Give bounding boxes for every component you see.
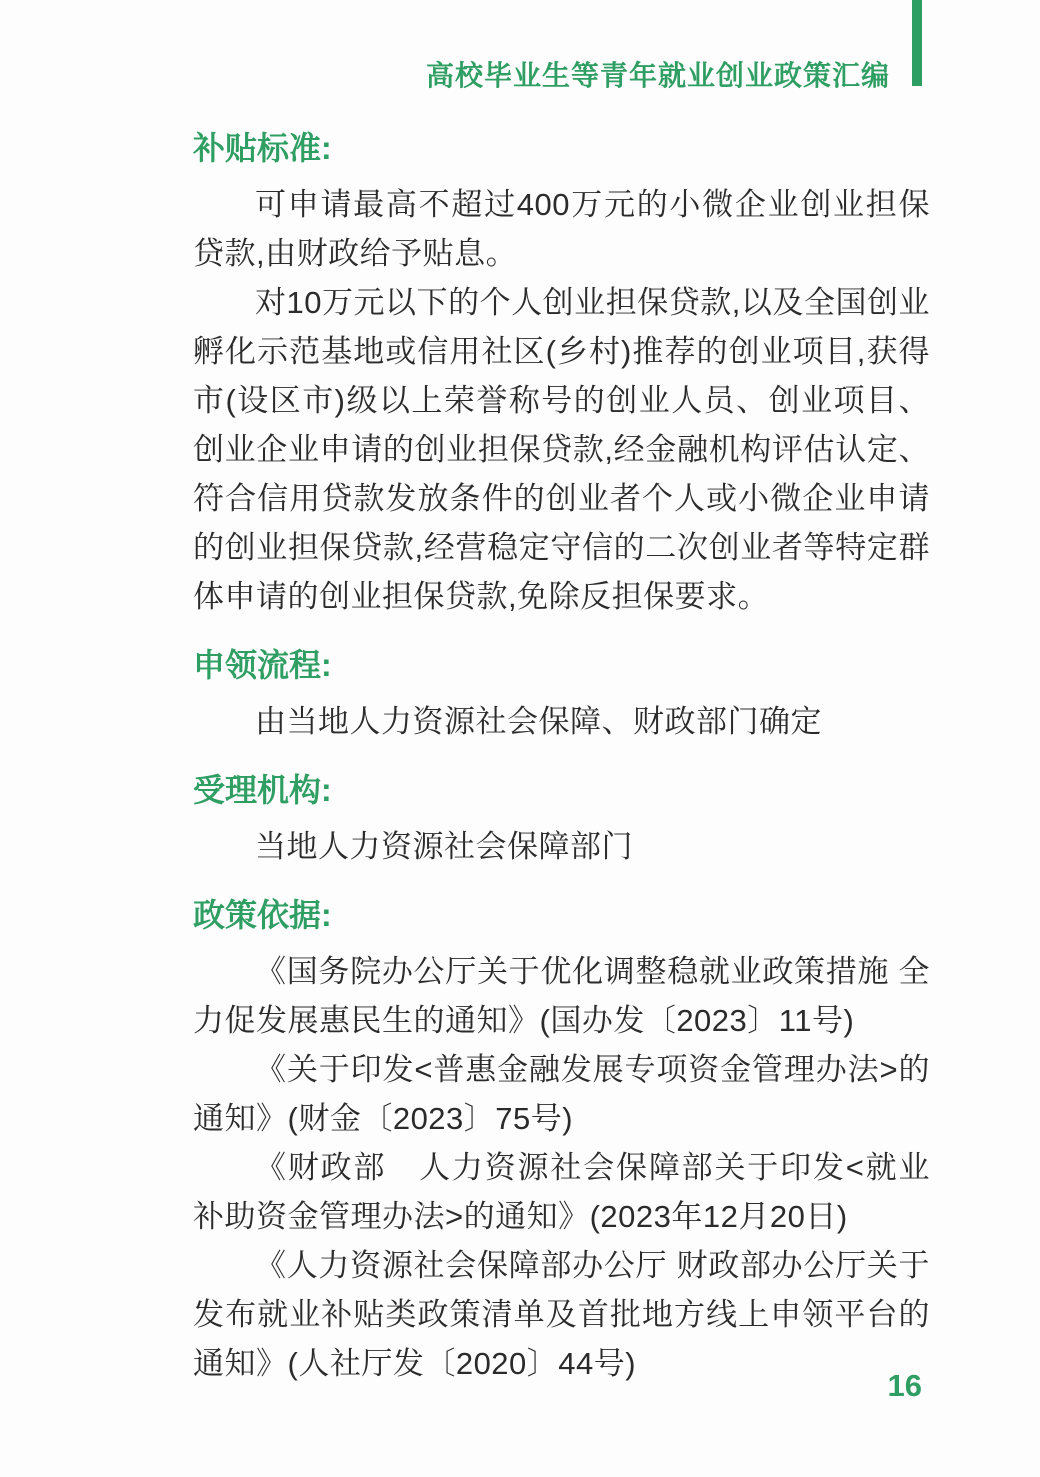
- section-subsidy-standard: 补贴标准: 可申请最高不超过400万元的小微企业创业担保贷款,由财政给予贴息。 …: [193, 128, 930, 621]
- body-paragraph: 可申请最高不超过400万元的小微企业创业担保贷款,由财政给予贴息。: [193, 180, 930, 278]
- body-paragraph: 对10万元以下的个人创业担保贷款,以及全国创业孵化示范基地或信用社区(乡村)推荐…: [193, 278, 930, 621]
- section-heading: 申领流程:: [193, 645, 930, 685]
- body-paragraph: 当地人力资源社会保障部门: [193, 822, 930, 871]
- document-page: 高校毕业生等青年就业创业政策汇编 补贴标准: 可申请最高不超过400万元的小微企…: [0, 0, 1040, 1477]
- section-accepting-agency: 受理机构: 当地人力资源社会保障部门: [193, 770, 930, 871]
- body-paragraph: 《财政部 人力资源社会保障部关于印发<就业补助资金管理办法>的通知》(2023年…: [193, 1143, 930, 1241]
- page-number: 16: [888, 1368, 922, 1404]
- body-paragraph: 《国务院办公厅关于优化调整稳就业政策措施 全力促发展惠民生的通知》(国办发〔20…: [193, 947, 930, 1045]
- section-heading: 受理机构:: [193, 770, 930, 810]
- document-header-title: 高校毕业生等青年就业创业政策汇编: [426, 54, 890, 94]
- section-heading: 政策依据:: [193, 895, 930, 935]
- page-content: 补贴标准: 可申请最高不超过400万元的小微企业创业担保贷款,由财政给予贴息。 …: [193, 128, 930, 1388]
- section-heading: 补贴标准:: [193, 128, 930, 168]
- body-paragraph: 由当地人力资源社会保障、财政部门确定: [193, 697, 930, 746]
- body-paragraph: 《关于印发<普惠金融发展专项资金管理办法>的通知》(财金〔2023〕75号): [193, 1045, 930, 1143]
- section-application-process: 申领流程: 由当地人力资源社会保障、财政部门确定: [193, 645, 930, 746]
- body-paragraph: 《人力资源社会保障部办公厅 财政部办公厅关于发布就业补贴类政策清单及首批地方线上…: [193, 1241, 930, 1388]
- section-policy-basis: 政策依据: 《国务院办公厅关于优化调整稳就业政策措施 全力促发展惠民生的通知》(…: [193, 895, 930, 1388]
- header-accent-bar: [912, 0, 922, 86]
